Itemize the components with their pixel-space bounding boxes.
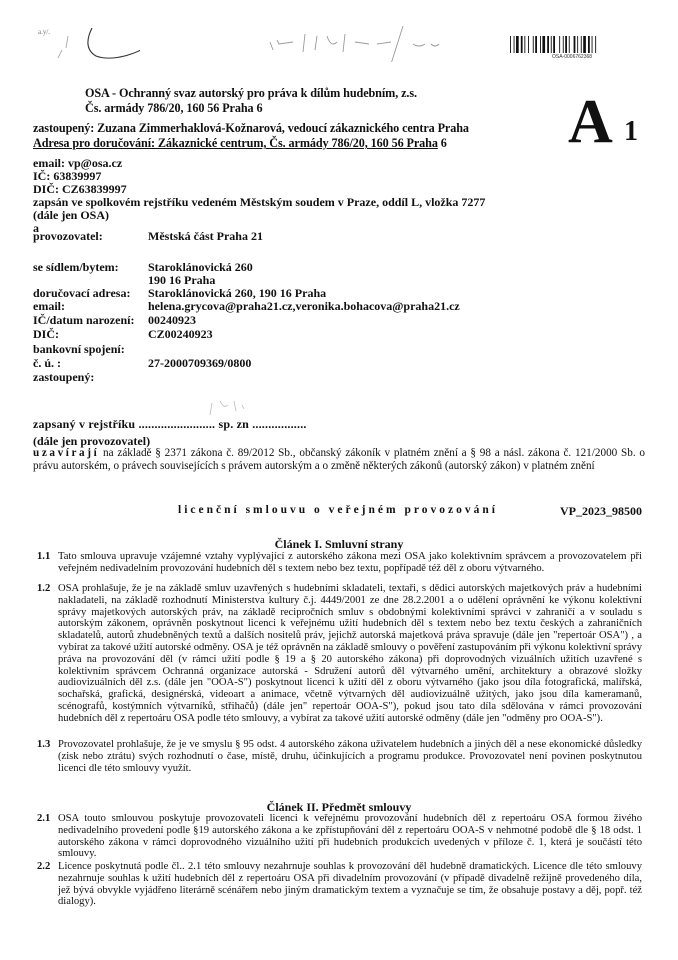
operator-field-label: IČ/datum narození: [33,313,134,327]
clause-number: 2.1 [37,813,50,825]
clause-text: OSA touto smlouvou poskytuje provozovate… [58,813,642,860]
operator-field-label: zastoupený: [33,370,94,384]
clause-number: 1.1 [37,551,50,563]
barcode-number: OSA-0006762368 [552,54,592,60]
clause-text: Licence poskytnutá podle čl.. 2.1 této s… [58,861,642,908]
clause-text: Provozovatel prohlašuje, že je ve smyslu… [58,739,642,774]
svg-text:a.y/.: a.y/. [38,28,50,36]
osa-address: Čs. armády 786/20, 160 56 Praha 6 [85,101,262,115]
operator-field-value: Staroklánovická 260 [148,260,253,274]
operator-field-value: 27-2000709369/0800 [148,356,251,370]
operator-field-value: 00240923 [148,313,196,327]
operator-field-label: se sídlem/bytem: [33,260,119,274]
conclude-text: na základě § 2371 zákona č. 89/2012 Sb.,… [33,447,645,472]
conclude-word: uzavírají [33,447,99,459]
osa-name: OSA - Ochranný svaz autorský pro práva k… [85,86,417,100]
barcode [510,36,625,53]
contract-title: licenční smlouvu o veřejném provozování [178,504,498,516]
clause-number: 2.2 [37,861,50,873]
contract-number: VP_2023_98500 [560,504,642,519]
osa-delivery-address-label: Adresa pro doručování: Zákaznické centru… [33,136,438,150]
handwritten-signature-mark: a.y/. [20,8,140,73]
operator-field-label: DIČ: [33,327,59,341]
operator-field-value: Staroklánovická 260, 190 16 Praha [148,286,326,300]
operator-field-value: CZ00240923 [148,327,213,341]
operator-field-value: Městská část Praha 21 [148,229,263,243]
clause-number: 1.2 [37,583,50,595]
clause-text: Tato smlouva upravuje vzájemné vztahy vy… [58,551,642,575]
operator-field-label: provozovatel: [33,229,103,243]
document-type-logo: A [568,91,613,153]
osa-delivery-address: Adresa pro doručování: Zákaznické centru… [33,136,447,150]
handwritten-annotation [265,22,465,62]
osa-email: email: vp@osa.cz [33,156,122,170]
osa-register: zapsán ve spolkovém rejstříku vedeném Mě… [33,195,485,209]
operator-field-label: č. ú. : [33,356,61,370]
operator-register-line: zapsaný v rejstříku ....................… [33,417,307,431]
article-heading: Článek I. Smluvní strany [0,537,678,552]
osa-represented: zastoupený: Zuzana Zimmerhaklová-Kožnaro… [33,121,469,135]
operator-field-value: 190 16 Praha [148,273,215,287]
osa-ic: IČ: 63839997 [33,169,101,183]
operator-field-label: email: [33,299,65,313]
osa-alias: (dále jen OSA) [33,208,109,222]
operator-field-value: helena.grycova@praha21.cz,veronika.bohac… [148,299,460,313]
clause-number: 1.3 [37,739,50,751]
document-type-logo-subscript: 1 [624,117,638,147]
clause-text: OSA prohlašuje, že je na základě smluv u… [58,583,642,725]
operator-field-label: doručovací adresa: [33,286,130,300]
operator-field-label: bankovní spojení: [33,342,125,356]
osa-delivery-address-suffix: 6 [438,136,447,150]
osa-dic: DIČ: CZ63839997 [33,182,127,196]
conclude-paragraph: uzavírají na základě § 2371 zákona č. 89… [33,447,645,472]
operator-alias: (dále jen provozovatel) [33,434,150,448]
